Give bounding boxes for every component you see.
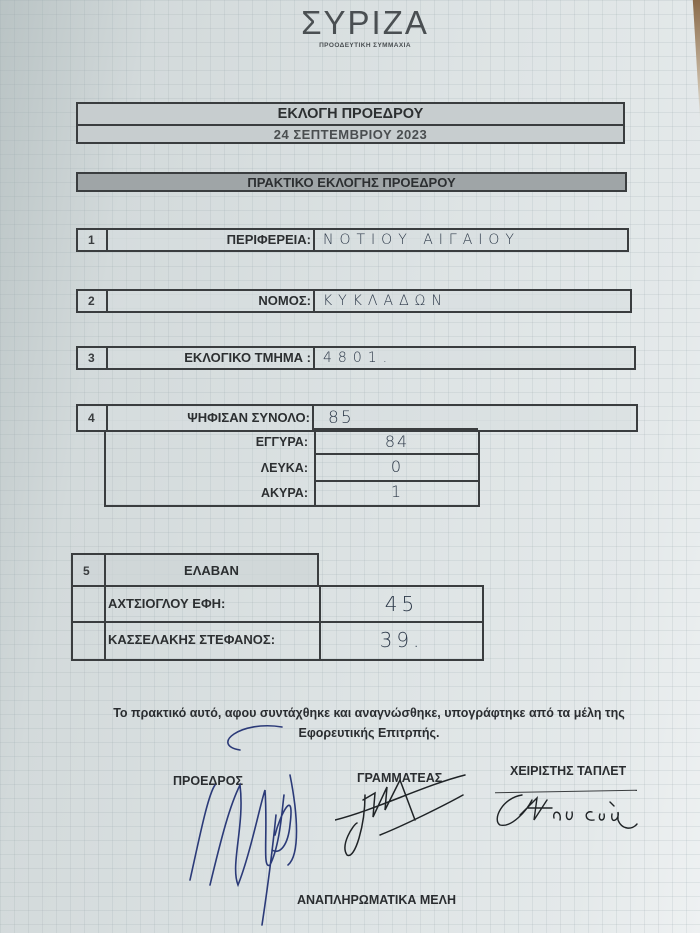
tablet-operator-signature bbox=[492, 790, 652, 840]
votes-valid-value[interactable]: 84 bbox=[314, 428, 478, 455]
results-header: 5 ΕΛΑΒΑΝ bbox=[71, 553, 319, 587]
table-edge bbox=[688, 0, 700, 120]
election-title: ΕΚΛΟΓΗ ΠΡΟΕΔΡΟΥ bbox=[78, 104, 623, 126]
field-value-polling-station[interactable]: 4801. bbox=[315, 348, 634, 368]
field-value-region[interactable]: ΝΟΤΙΟΥ ΑΙΓΑΙΟΥ bbox=[315, 230, 627, 250]
votes-breakdown: ΕΓΓΥΡΑ: 84 ΛΕΥΚΑ: 0 ΑΚΥΡΑ: 1 bbox=[104, 430, 480, 507]
secretary-signature bbox=[335, 765, 475, 865]
candidate-row: ΑΧΤΣΙΟΓΛΟΥ ΕΦΗ: 45 bbox=[71, 585, 484, 623]
results-heading: ΕΛΑΒΑΝ bbox=[106, 555, 317, 587]
field-label: ΕΚΛΟΓΙΚΟ ΤΜΗΜΑ : bbox=[108, 348, 315, 368]
candidate-number-cell bbox=[73, 587, 106, 621]
logo-subtitle: ΠΡΟΟΔΕΥΤΙΚΗ ΣΥΜΜΑΧΙΑ bbox=[290, 42, 440, 49]
candidate-row: ΚΑΣΣΕΛΑΚΗΣ ΣΤΕΦΑΝΟΣ: 39. bbox=[71, 621, 484, 661]
field-number: 4 bbox=[78, 406, 108, 430]
field-value-prefecture[interactable]: ΚΥΚΛΑΔΩΝ bbox=[315, 291, 630, 311]
signing-note-line1: Το πρακτικό αυτό, αφου συντάχθηκε και αν… bbox=[74, 703, 664, 723]
votes-blank-row: ΛΕΥΚΑ: 0 bbox=[106, 455, 478, 482]
votes-blank-value[interactable]: 0 bbox=[314, 455, 478, 482]
field-label: ΠΕΡΙΦΕΡΕΙΑ: bbox=[108, 230, 315, 250]
votes-invalid-label: ΑΚΥΡΑ: bbox=[106, 482, 314, 505]
candidate-votes[interactable]: 39. bbox=[321, 623, 482, 659]
field-number: 2 bbox=[78, 291, 108, 311]
president-signature bbox=[170, 715, 310, 933]
logo-wordmark: ΣΥΡΙΖΑ bbox=[290, 6, 440, 40]
field-polling-station: 3 ΕΚΛΟΓΙΚΟ ΤΜΗΜΑ : 4801. bbox=[76, 346, 636, 370]
field-number: 3 bbox=[78, 348, 108, 368]
field-number: 5 bbox=[73, 555, 106, 587]
field-prefecture: 2 ΝΟΜΟΣ: ΚΥΚΛΑΔΩΝ bbox=[76, 289, 632, 313]
syriza-logo: ΣΥΡΙΖΑ ΠΡΟΟΔΕΥΤΙΚΗ ΣΥΜΜΑΧΙΑ bbox=[290, 6, 440, 49]
votes-total-label: ΨΗΦΙΣΑΝ ΣΥΝΟΛΟ: bbox=[108, 406, 314, 430]
field-region: 1 ΠΕΡΙΦΕΡΕΙΑ: ΝΟΤΙΟΥ ΑΙΓΑΙΟΥ bbox=[76, 228, 629, 252]
election-date: 24 ΣΕΠΤΕΜΒΡΙΟΥ 2023 bbox=[78, 126, 623, 144]
candidate-votes[interactable]: 45 bbox=[321, 587, 482, 621]
tablet-operator-label: ΧΕΙΡΙΣΤΗΣ ΤΑΠΛΕΤ bbox=[510, 764, 626, 778]
field-number: 1 bbox=[78, 230, 108, 250]
section-title: ΠΡΑΚΤΙΚΟ ΕΚΛΟΓΗΣ ΠΡΟΕΔΡΟΥ bbox=[76, 172, 627, 192]
field-label: ΝΟΜΟΣ: bbox=[108, 291, 315, 311]
votes-blank-label: ΛΕΥΚΑ: bbox=[106, 455, 314, 482]
votes-valid-label: ΕΓΓΥΡΑ: bbox=[106, 430, 314, 455]
votes-valid-row: ΕΓΓΥΡΑ: 84 bbox=[106, 430, 478, 455]
candidate-number-cell bbox=[73, 623, 106, 659]
candidate-name: ΚΑΣΣΕΛΑΚΗΣ ΣΤΕΦΑΝΟΣ: bbox=[106, 623, 321, 659]
votes-total-value[interactable]: 85 bbox=[314, 406, 636, 430]
candidate-name: ΑΧΤΣΙΟΓΛΟΥ ΕΦΗ: bbox=[106, 587, 321, 621]
results-table: 5 ΕΛΑΒΑΝ ΑΧΤΣΙΟΓΛΟΥ ΕΦΗ: 45 ΚΑΣΣΕΛΑΚΗΣ Σ… bbox=[71, 553, 486, 661]
signing-note: Το πρακτικό αυτό, αφου συντάχθηκε και αν… bbox=[74, 703, 664, 743]
signing-note-line2: Εφορευτικής Επιτρπής. bbox=[74, 723, 664, 743]
votes-invalid-value[interactable]: 1 bbox=[314, 482, 478, 505]
alternates-label: ΑΝΑΠΛΗΡΩΜΑΤΙΚΑ ΜΕΛΗ bbox=[297, 893, 456, 907]
votes-invalid-row: ΑΚΥΡΑ: 1 bbox=[106, 482, 478, 505]
election-title-box: ΕΚΛΟΓΗ ΠΡΟΕΔΡΟΥ 24 ΣΕΠΤΕΜΒΡΙΟΥ 2023 bbox=[76, 102, 625, 144]
